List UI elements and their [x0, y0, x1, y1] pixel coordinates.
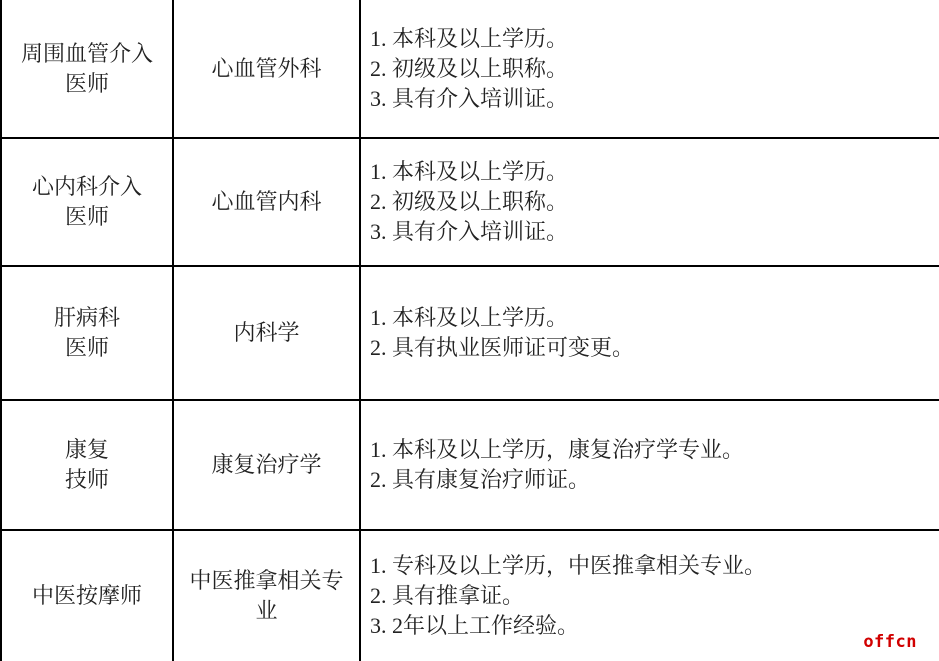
position-line: 技师 — [65, 465, 109, 495]
requirement-item: 1. 本科及以上学历。 — [370, 24, 568, 54]
requirement-item: 3. 具有介入培训证。 — [370, 217, 568, 247]
position-line: 医师 — [65, 69, 109, 99]
position-cell: 肝病科 医师 — [2, 267, 174, 399]
requirement-item: 3. 具有介入培训证。 — [370, 84, 568, 114]
specialty-line: 心血管外科 — [211, 54, 321, 84]
specialty-cell: 心血管外科 — [174, 0, 361, 137]
position-cell: 心内科介入 医师 — [2, 139, 174, 265]
requirement-item: 1. 本科及以上学历。 — [370, 303, 568, 333]
table-row: 康复 技师 康复治疗学 1. 本科及以上学历，康复治疗学专业。 2. 具有康复治… — [2, 401, 939, 531]
table-row: 肝病科 医师 内科学 1. 本科及以上学历。 2. 具有执业医师证可变更。 — [2, 267, 939, 401]
specialty-cell: 心血管内科 — [174, 139, 361, 265]
requirement-item: 2. 初级及以上职称。 — [370, 187, 568, 217]
requirement-item: 2. 初级及以上职称。 — [370, 54, 568, 84]
specialty-line: 心血管内科 — [211, 187, 321, 217]
requirements-cell: 1. 专科及以上学历，中医推拿相关专业。 2. 具有推拿证。 3. 2年以上工作… — [361, 531, 939, 661]
requirement-item: 1. 本科及以上学历，康复治疗学专业。 — [370, 435, 744, 465]
position-line: 心内科介入 — [32, 172, 142, 202]
specialty-line: 业 — [255, 596, 277, 626]
requirement-item: 2. 具有推拿证。 — [370, 581, 524, 611]
table-row: 心内科介入 医师 心血管内科 1. 本科及以上学历。 2. 初级及以上职称。 3… — [2, 139, 939, 267]
document-page: 周围血管介入 医师 心血管外科 1. 本科及以上学历。 2. 初级及以上职称。 … — [0, 0, 939, 661]
specialty-line: 中医推拿相关专 — [189, 566, 343, 596]
table-row: 周围血管介入 医师 心血管外科 1. 本科及以上学历。 2. 初级及以上职称。 … — [2, 0, 939, 139]
requirement-item: 1. 专科及以上学历，中医推拿相关专业。 — [370, 551, 766, 581]
job-requirements-table: 周围血管介入 医师 心血管外科 1. 本科及以上学历。 2. 初级及以上职称。 … — [0, 0, 939, 661]
position-line: 肝病科 — [54, 303, 120, 333]
specialty-cell: 内科学 — [174, 267, 361, 399]
offcn-watermark: offcn — [863, 632, 917, 652]
position-line: 周围血管介入 — [21, 39, 153, 69]
position-line: 医师 — [65, 202, 109, 232]
requirements-cell: 1. 本科及以上学历。 2. 初级及以上职称。 3. 具有介入培训证。 — [361, 139, 939, 265]
requirement-item: 1. 本科及以上学历。 — [370, 157, 568, 187]
requirements-cell: 1. 本科及以上学历。 2. 具有执业医师证可变更。 — [361, 267, 939, 399]
position-cell: 周围血管介入 医师 — [2, 0, 174, 137]
position-line: 康复 — [65, 435, 109, 465]
position-cell: 康复 技师 — [2, 401, 174, 529]
specialty-cell: 康复治疗学 — [174, 401, 361, 529]
position-line: 医师 — [65, 333, 109, 363]
requirement-item: 3. 2年以上工作经验。 — [370, 611, 579, 641]
specialty-line: 内科学 — [233, 318, 299, 348]
requirement-item: 2. 具有康复治疗师证。 — [370, 465, 590, 495]
specialty-line: 康复治疗学 — [211, 450, 321, 480]
position-cell: 中医按摩师 — [2, 531, 174, 661]
specialty-cell: 中医推拿相关专 业 — [174, 531, 361, 661]
requirements-cell: 1. 本科及以上学历，康复治疗学专业。 2. 具有康复治疗师证。 — [361, 401, 939, 529]
requirements-cell: 1. 本科及以上学历。 2. 初级及以上职称。 3. 具有介入培训证。 — [361, 0, 939, 137]
position-line: 中医按摩师 — [32, 581, 142, 611]
requirement-item: 2. 具有执业医师证可变更。 — [370, 333, 634, 363]
table-row: 中医按摩师 中医推拿相关专 业 1. 专科及以上学历，中医推拿相关专业。 2. … — [2, 531, 939, 661]
